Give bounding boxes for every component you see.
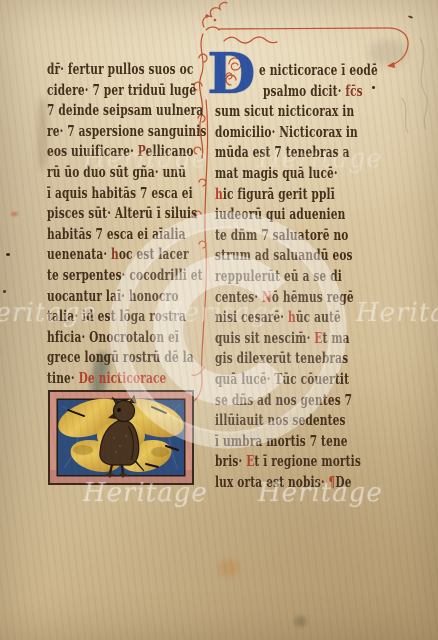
body-text: nisi cesarē· bbox=[215, 309, 288, 326]
owl-miniature bbox=[48, 390, 194, 485]
text-line: ī aquis habitās 7 esca ei bbox=[47, 185, 193, 202]
text-line: se dñs ad nos gentes 7 bbox=[215, 392, 352, 409]
text-line: domicilio· Nicticorax in bbox=[215, 124, 358, 141]
body-text: mat magis quā lucē· bbox=[215, 165, 338, 182]
text-line: 7 deinde seipsam uulnera bbox=[47, 102, 203, 119]
body-text: te serpentes· cocodrilli et bbox=[47, 267, 203, 284]
body-text: gis dilexerūt tenebras bbox=[215, 350, 348, 367]
body-text: eos uiuificare· bbox=[47, 143, 138, 160]
body-text: ī umbra mortis 7 tene bbox=[215, 433, 348, 450]
body-text: centes· bbox=[215, 289, 262, 306]
body-text: oc est lacer bbox=[119, 246, 189, 263]
text-line: rū ūo duo sūt gña· unū bbox=[47, 164, 186, 181]
body-text: De bbox=[335, 474, 351, 491]
illuminated-initial-d: D bbox=[207, 46, 256, 102]
rubric-text: ¶ bbox=[328, 474, 335, 491]
text-line: hficia· Onocrotalon eī bbox=[47, 329, 179, 346]
text-line: habitās 7 esca ei aīalia bbox=[47, 226, 186, 243]
body-text: rū ūo duo sūt gña· unū bbox=[47, 164, 186, 181]
text-line: iudeorū qui aduenien bbox=[215, 206, 345, 223]
rubric-text: h bbox=[215, 186, 223, 203]
body-text: talia· id est lōga rostra bbox=[47, 308, 186, 325]
text-line: centes· Nō hēmus regē bbox=[215, 289, 354, 306]
text-line: psalmo dicit· fc̄s bbox=[263, 83, 363, 100]
body-text: quis sit nescim̄· bbox=[215, 330, 314, 347]
body-text: te dñm 7 saluatorē no bbox=[215, 227, 349, 244]
text-line: te dñm 7 saluatorē no bbox=[215, 227, 349, 244]
body-text: t ma bbox=[322, 330, 349, 347]
body-text: bris· bbox=[215, 453, 246, 470]
body-text: se dñs ad nos gentes 7 bbox=[215, 392, 352, 409]
text-line: uenenata· hoc est lacer bbox=[47, 246, 189, 263]
text-line: quis sit nescim̄· Et ma bbox=[215, 330, 350, 347]
body-text: sum sicut nicticorax in bbox=[215, 103, 354, 120]
text-line: uocantur laī· honocro bbox=[47, 288, 179, 305]
body-text: ō hēmus regē bbox=[272, 289, 354, 306]
text-line: gis dilexerūt tenebras bbox=[215, 350, 348, 367]
text-line: illūiauit nos sedentes bbox=[215, 412, 346, 429]
body-text: tine· bbox=[47, 370, 79, 387]
text-line: eos uiuificare· Pellicano bbox=[47, 143, 194, 160]
text-line: ī umbra mortis 7 tene bbox=[215, 433, 348, 450]
text-line: mūda est 7 tenebras a bbox=[215, 144, 350, 161]
body-text: reppulerūt eū a se di bbox=[215, 268, 342, 285]
body-text: pisces sūt· Alterū ī siluis bbox=[47, 205, 197, 222]
rubric-text: h bbox=[288, 309, 296, 326]
text-line: re· 7 aspersione sanguinis bbox=[47, 123, 207, 140]
text-line: pisces sūt· Alterū ī siluis bbox=[47, 205, 197, 222]
body-text: quā lucē· Tūc cōuertit bbox=[215, 371, 349, 388]
body-text: ī aquis habitās 7 esca ei bbox=[47, 185, 193, 202]
text-line: bris· Et ī regione mortis bbox=[215, 453, 361, 470]
body-text: ic figurā gerit pplī bbox=[223, 186, 335, 203]
text-line: reppulerūt eū a se di bbox=[215, 268, 342, 285]
text-line: hic figurā gerit pplī bbox=[215, 186, 335, 203]
text-line: grece longū rostrū dē la bbox=[47, 349, 194, 366]
text-line: lux orta est nobis· ¶De bbox=[215, 474, 352, 491]
rubric-text: E bbox=[246, 453, 254, 470]
body-text: t ī regione mortis bbox=[254, 453, 361, 470]
text-line: talia· id est lōga rostra bbox=[47, 308, 186, 325]
body-text: grece longū rostrū dē la bbox=[47, 349, 194, 366]
body-text: 7 deinde seipsam uulnera bbox=[47, 102, 203, 119]
body-text: fc̄s bbox=[345, 83, 362, 100]
rubric-text: N bbox=[262, 289, 272, 306]
body-text: hficia· Onocrotalon eī bbox=[47, 329, 179, 346]
rubric-text: E bbox=[314, 330, 322, 347]
body-text: dr̄· fertur pullos suos oc bbox=[47, 61, 193, 78]
body-text: uenenata· bbox=[47, 246, 111, 263]
text-line: nisi cesarē· hūc autē bbox=[215, 309, 341, 326]
manuscript-page-photo: D dr̄· fertur pullos suos occidere· 7 pe… bbox=[0, 0, 438, 640]
text-line: tine· De nicticorace bbox=[47, 370, 166, 387]
text-line: sum sicut nicticorax in bbox=[215, 103, 354, 120]
text-line: quā lucē· Tūc cōuertit bbox=[215, 371, 349, 388]
body-text: psalmo dicit· bbox=[263, 83, 345, 100]
body-text: cidere· 7 per triduū lugē bbox=[47, 82, 196, 99]
body-text: ellicano bbox=[146, 143, 194, 160]
body-text: P bbox=[138, 143, 146, 160]
text-line: te serpentes· cocodrilli et bbox=[47, 267, 203, 284]
body-text: ūc autē bbox=[296, 309, 341, 326]
body-text: mūda est 7 tenebras a bbox=[215, 144, 350, 161]
body-text: iudeorū qui aduenien bbox=[215, 206, 345, 223]
body-text: e nicticorace ī eodē bbox=[259, 62, 378, 79]
text-line: e nicticorace ī eodē bbox=[259, 62, 378, 79]
text-line: mat magis quā lucē· bbox=[215, 165, 338, 182]
body-text: re· 7 aspersione sanguinis bbox=[47, 123, 207, 140]
rubric-text: De nicticorace bbox=[79, 370, 167, 387]
body-text: uocantur laī· honocro bbox=[47, 288, 179, 305]
body-text: illūiauit nos sedentes bbox=[215, 412, 346, 429]
body-text: domicilio· Nicticorax in bbox=[215, 124, 358, 141]
text-line: dr̄· fertur pullos suos oc bbox=[47, 61, 193, 78]
body-text: habitās 7 esca ei aīalia bbox=[47, 226, 186, 243]
text-line: cidere· 7 per triduū lugē bbox=[47, 82, 196, 99]
body-text: strum ad saluandū eos bbox=[215, 247, 353, 264]
body-text: lux orta est nobis· bbox=[215, 474, 328, 491]
text-line: strum ad saluandū eos bbox=[215, 247, 353, 264]
